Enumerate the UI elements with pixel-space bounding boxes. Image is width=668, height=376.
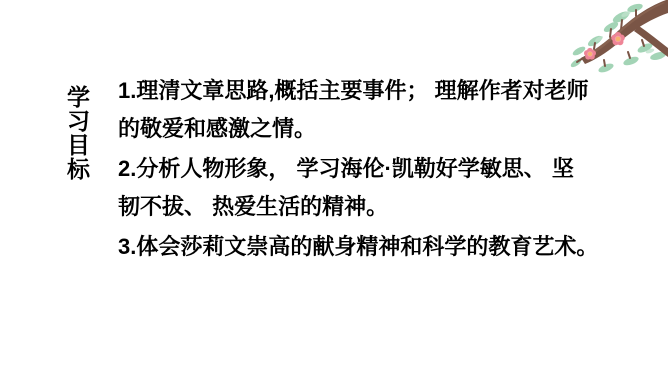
slide-canvas: 学习目标 1.理清文章思路,概括主要事件； 理解作者对老师 的敬爱和感激之情。 …	[0, 0, 668, 376]
objective-item-3: 3.体会莎莉文崇高的献身精神和科学的教育艺术。	[118, 228, 638, 266]
objective-line: 2.分析人物形象， 学习海伦·凯勒好学敏思、 坚	[118, 150, 638, 188]
slide-title-vertical: 学习目标	[64, 85, 90, 181]
objective-line: 韧不拔、 热爱生活的精神。	[118, 188, 638, 226]
watercolor-branch-icon	[548, 0, 668, 85]
objective-line: 3.体会莎莉文崇高的献身精神和科学的教育艺术。	[118, 228, 638, 266]
objective-item-2: 2.分析人物形象， 学习海伦·凯勒好学敏思、 坚 韧不拔、 热爱生活的精神。	[118, 150, 638, 226]
objectives-text-block: 1.理清文章思路,概括主要事件； 理解作者对老师 的敬爱和感激之情。 2.分析人…	[118, 72, 638, 268]
objective-line: 的敬爱和感激之情。	[118, 110, 638, 148]
branch-decoration	[548, 0, 668, 85]
